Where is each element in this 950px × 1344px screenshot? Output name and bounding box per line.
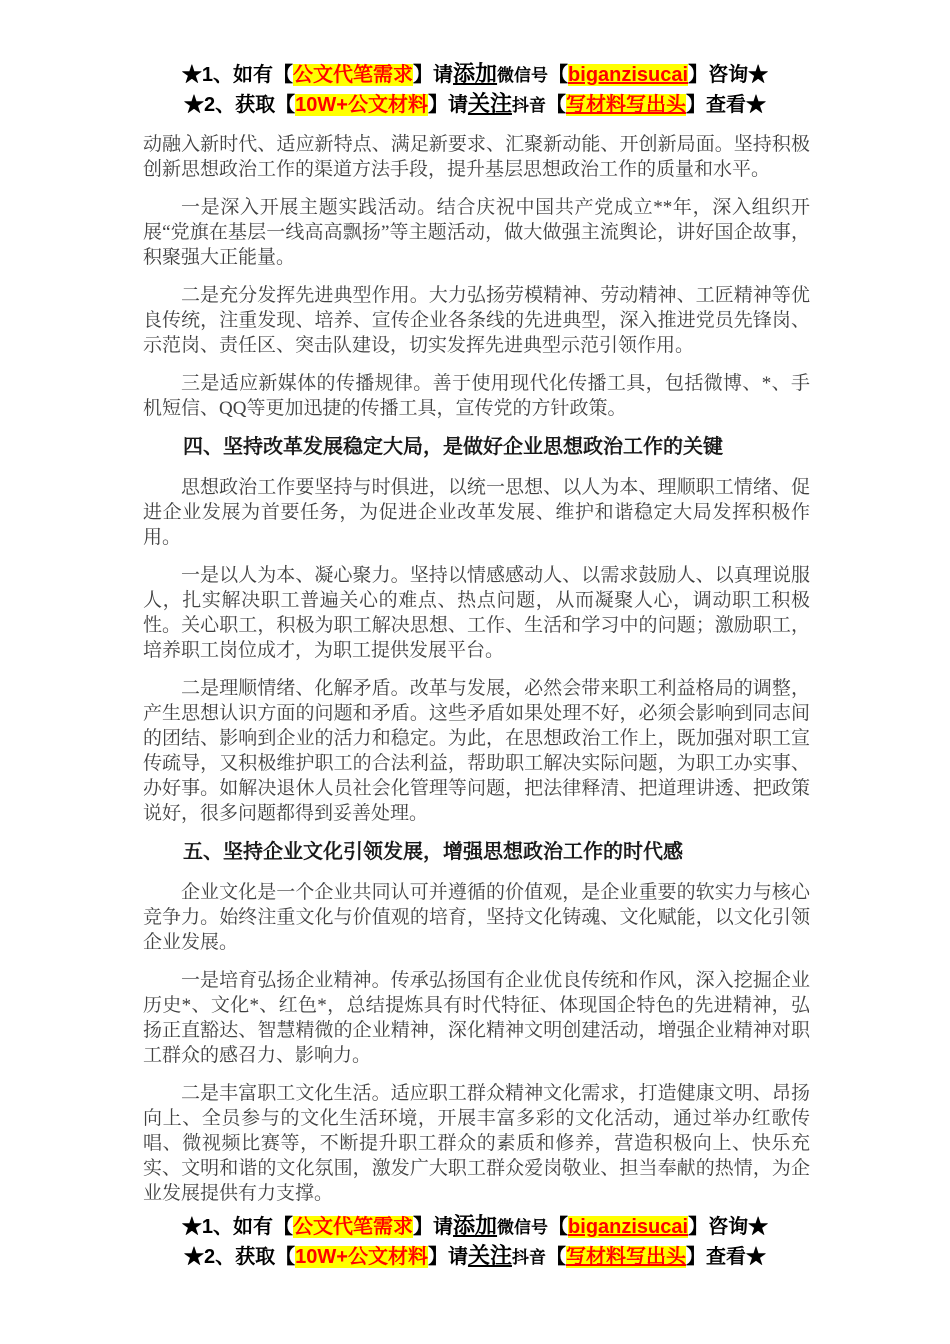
promo-action-underlined: 添加 <box>453 1213 497 1238</box>
header-promo-line-2: ★2、获取【10W+公文材料】请关注抖音【写材料写出头】查看★ <box>0 90 950 120</box>
promo-channel: 微信号 <box>497 1218 548 1237</box>
promo-text: 】查看★ <box>686 94 766 116</box>
paragraph: 二是充分发挥先进典型作用。大力弘扬劳模精神、劳动精神、工匠精神等优良传统，注重发… <box>143 283 810 358</box>
promo-text: ★2、获取【 <box>184 94 295 116</box>
header-promo: ★1、如有【公文代笔需求】请添加微信号【biganzisucai】咨询★ ★2、… <box>0 0 950 120</box>
promo-text: 】请 <box>428 1246 468 1268</box>
paragraph: 思想政治工作要坚持与时俱进，以统一思想、以人为本、理顺职工情绪、促进企业发展为首… <box>143 475 810 550</box>
paragraph: 一是以人为本、凝心聚力。坚持以情感感动人、以需求鼓励人、以真理说服人，扎实解决职… <box>143 563 810 663</box>
promo-channel: 抖音 <box>512 96 546 115</box>
promo-text: ★2、获取【 <box>184 1246 295 1268</box>
section-heading: 四、坚持改革发展稳定大局，是做好企业思想政治工作的关键 <box>143 434 810 461</box>
promo-text: 】咨询★ <box>688 1216 768 1238</box>
promo-text: 【 <box>546 1246 566 1268</box>
promo-text: 】请 <box>428 94 468 116</box>
promo-contact-id: biganzisucai <box>568 1216 688 1238</box>
document-body: 动融入新时代、适应新特点、满足新要求、汇聚新动能、开创新局面。坚持积极创新思想政… <box>143 132 810 1206</box>
promo-text: 【 <box>546 94 566 116</box>
promo-contact-id: biganzisucai <box>568 64 688 86</box>
footer-promo-line-2: ★2、获取【10W+公文材料】请关注抖音【写材料写出头】查看★ <box>0 1242 950 1272</box>
promo-highlight: 公文代笔需求 <box>293 64 413 86</box>
footer-promo: ★1、如有【公文代笔需求】请添加微信号【biganzisucai】咨询★ ★2、… <box>0 1212 950 1272</box>
paragraph: 一是培育弘扬企业精神。传承弘扬国有企业优良传统和作风，深入挖掘企业历史*、文化*… <box>143 968 810 1068</box>
promo-action-underlined: 关注 <box>468 91 512 116</box>
paragraph: 一是深入开展主题实践活动。结合庆祝中国共产党成立**年，深入组织开展“党旗在基层… <box>143 195 810 270</box>
promo-action-underlined: 关注 <box>468 1243 512 1268</box>
paragraph: 动融入新时代、适应新特点、满足新要求、汇聚新动能、开创新局面。坚持积极创新思想政… <box>143 132 810 182</box>
promo-highlight: 公文代笔需求 <box>293 1216 413 1238</box>
paragraph: 企业文化是一个企业共同认可并遵循的价值观，是企业重要的软实力与核心竞争力。始终注… <box>143 880 810 955</box>
promo-contact-id: 写材料写出头 <box>566 94 686 116</box>
paragraph: 三是适应新媒体的传播规律。善于使用现代化传播工具，包括微博、*、手机短信、QQ等… <box>143 371 810 421</box>
promo-text: 】查看★ <box>686 1246 766 1268</box>
promo-text: 】咨询★ <box>688 64 768 86</box>
promo-channel: 微信号 <box>497 66 548 85</box>
promo-action-underlined: 添加 <box>453 61 497 86</box>
promo-highlight: 10W+公文材料 <box>295 94 428 116</box>
promo-highlight: 10W+公文材料 <box>295 1246 428 1268</box>
footer-promo-line-1: ★1、如有【公文代笔需求】请添加微信号【biganzisucai】咨询★ <box>0 1212 950 1242</box>
promo-text: ★1、如有【 <box>182 64 293 86</box>
promo-text: 【 <box>548 64 568 86</box>
document-page: ★1、如有【公文代笔需求】请添加微信号【biganzisucai】咨询★ ★2、… <box>0 0 950 1344</box>
promo-text: 【 <box>548 1216 568 1238</box>
paragraph: 二是理顺情绪、化解矛盾。改革与发展，必然会带来职工利益格局的调整，产生思想认识方… <box>143 676 810 826</box>
promo-channel: 抖音 <box>512 1248 546 1267</box>
promo-contact-id: 写材料写出头 <box>566 1246 686 1268</box>
header-promo-line-1: ★1、如有【公文代笔需求】请添加微信号【biganzisucai】咨询★ <box>0 60 950 90</box>
section-heading: 五、坚持企业文化引领发展，增强思想政治工作的时代感 <box>143 839 810 866</box>
promo-text: 】请 <box>413 1216 453 1238</box>
promo-text: 】请 <box>413 64 453 86</box>
paragraph: 二是丰富职工文化生活。适应职工群众精神文化需求，打造健康文明、昂扬向上、全员参与… <box>143 1081 810 1206</box>
promo-text: ★1、如有【 <box>182 1216 293 1238</box>
